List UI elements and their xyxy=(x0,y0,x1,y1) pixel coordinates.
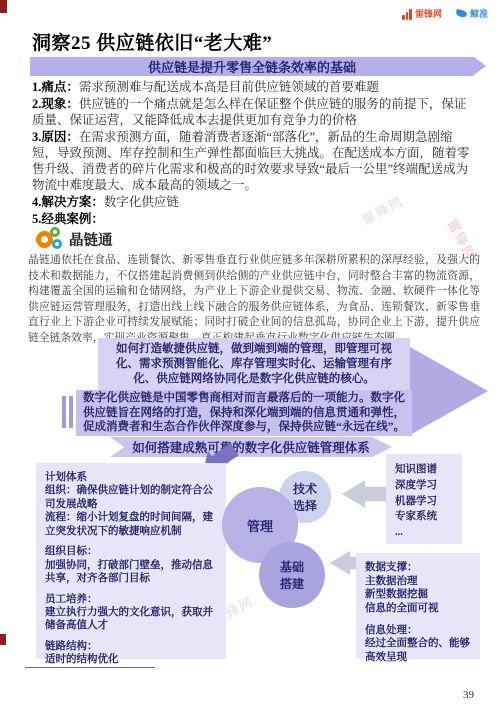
section-title: 信息处理： xyxy=(365,624,471,638)
point-phenomenon: 2.现象：供应链的一个痛点就是怎么样在保证整个供应链的服务的前提下，保证质量、保… xyxy=(32,96,475,128)
section-title: 计划体系 xyxy=(45,471,217,484)
page-number: 39 xyxy=(463,689,474,701)
point-reason: 3.原因：在需求预测方面，随着消费者逐渐“部落化”，新品的生命周期急剧缩短，导致… xyxy=(32,129,475,193)
panel-section: 计划体系 组织：确保供应链计划的制定符合公司发展战略 流程：缩小计划复盘的时间间… xyxy=(45,471,217,538)
tech-list-panel: 知识图谱 深度学习 机器学习 专家系统 ... xyxy=(386,454,462,544)
section-title: 员工培养： xyxy=(45,593,217,606)
point-solution: 4.解决方案：数字化供应链 xyxy=(32,194,475,210)
circle-label: 基础搭建 xyxy=(278,558,306,592)
whale-icon xyxy=(455,9,467,18)
section-body: 组织：确保供应链计划的制定符合公司发展战略 流程：缩小计划复盘的时间间隔，建立突… xyxy=(45,484,217,538)
section-title: 数据支撑： xyxy=(365,561,471,575)
key-points: 1.痛点：需求预测难与配送成本高是目前供应链领域的首要难题 2.现象：供应链的一… xyxy=(32,79,475,228)
point-case: 5.经典案例： xyxy=(32,211,475,227)
corner-mark xyxy=(0,0,7,13)
point-label: 4.解决方案： xyxy=(32,195,104,209)
point-text: 数字化供应链 xyxy=(104,195,179,209)
circle-label: 管理 xyxy=(247,516,273,535)
panel-section: 链路结构： 适时的结构优化 xyxy=(45,640,217,667)
data-support-panel: 数据支撑： 主数据治理 新型数据挖掘 信息的全面可视 信息处理： 经过全面整合的… xyxy=(356,553,480,659)
point-pain: 1.痛点：需求预测难与配送成本高是目前供应链领域的首要难题 xyxy=(32,79,475,95)
point-text: 需求预测难与配送成本高是目前供应链领域的首要难题 xyxy=(79,80,379,94)
report-page: 雷锋网 雷锋网 雷锋网 雷锋网 雷锋网 雷锋网 雷锋网 雷锋网 鲸准 洞察25 … xyxy=(0,0,500,722)
leiphone-logo: 雷锋网 xyxy=(402,7,442,20)
point-label: 3.原因： xyxy=(32,130,79,144)
header-logos: 雷锋网 鲸准 xyxy=(402,7,488,20)
circle-foundation: 基础搭建 xyxy=(259,542,325,608)
ribbon-bar xyxy=(69,396,73,428)
point-label: 2.现象： xyxy=(32,97,79,111)
section-banner: 供应链是提升零售全链条效率的基础 xyxy=(30,57,474,76)
ribbon-bar xyxy=(62,396,66,428)
case-logo: 晶链通 xyxy=(36,227,113,251)
case-logo-text: 晶链通 xyxy=(69,229,113,250)
case-description: 晶链通依托在食品、连锁餐饮、新零售垂直行业供应链多年深耕所累积的深厚经验，及强大… xyxy=(28,253,480,346)
panel-section: 组织目标： 加强协同，打破部门壁垒，推动信息共享，对齐各部门目标 xyxy=(45,545,217,585)
banner-arrow-tip xyxy=(474,57,486,75)
section-body: 主数据治理 新型数据挖掘 信息的全面可视 xyxy=(365,575,471,616)
panel-section: 数据支撑： 主数据治理 新型数据挖掘 信息的全面可视 xyxy=(365,561,471,616)
section-body: 加强协同，打破部门壁垒，推动信息共享，对齐各部门目标 xyxy=(45,559,217,586)
footer-divider xyxy=(25,667,155,668)
ribbon-arrowhead xyxy=(410,347,488,435)
point-text: 在需求预测方面，随着消费者逐渐“部落化”，新品的生命周期急剧缩短，导致预测、库存… xyxy=(32,130,470,192)
highlight-box-digital: 数字化供应链是中国零售商相对而言最落后的一项能力。数字化供应链旨在网络的打造，保… xyxy=(76,390,412,436)
section-title: 组织目标： xyxy=(45,545,217,558)
jingdata-logo: 鲸准 xyxy=(456,7,488,20)
page-title: 洞察25 供应链依旧“老大难” xyxy=(32,28,272,55)
point-label: 5.经典案例： xyxy=(32,212,104,226)
leiphone-logo-icon xyxy=(402,9,412,20)
corner-mark xyxy=(0,634,6,645)
plan-system-panel: 计划体系 组织：确保供应链计划的制定符合公司发展战略 流程：缩小计划复盘的时间间… xyxy=(36,463,226,659)
section-title: 链路结构： xyxy=(45,640,217,653)
leiphone-logo-text: 雷锋网 xyxy=(415,7,442,20)
framework-banner: 如何搭建成熟可靠的数字化供应链管理体系 xyxy=(110,437,392,457)
panel-section: 信息处理： 经过全面整合的、能够高效呈现 xyxy=(365,624,471,665)
section-body: 适时的结构优化 xyxy=(45,653,217,666)
jingdata-logo-text: 鲸准 xyxy=(470,7,488,20)
highlight-box-agile: 如何打造敏捷供应链，做到端到端的管理，即管理可视化、需求预测智能化、库存管理实时… xyxy=(98,338,410,392)
section-body: 经过全面整合的、能够高效呈现 xyxy=(365,637,471,664)
jingliantong-logo-icon xyxy=(36,227,64,251)
point-label: 1.痛点： xyxy=(32,80,79,94)
panel-section: 员工培养： 建立执行力强大的文化意识，获取并储备高值人才 xyxy=(45,593,217,633)
point-text: 供应链的一个痛点就是怎么样在保证整个供应链的服务的前提下，保证质量、保证运营，又… xyxy=(32,97,466,127)
circle-label: 技术选择 xyxy=(291,480,319,514)
section-body: 建立执行力强大的文化意识，获取并储备高值人才 xyxy=(45,606,217,633)
